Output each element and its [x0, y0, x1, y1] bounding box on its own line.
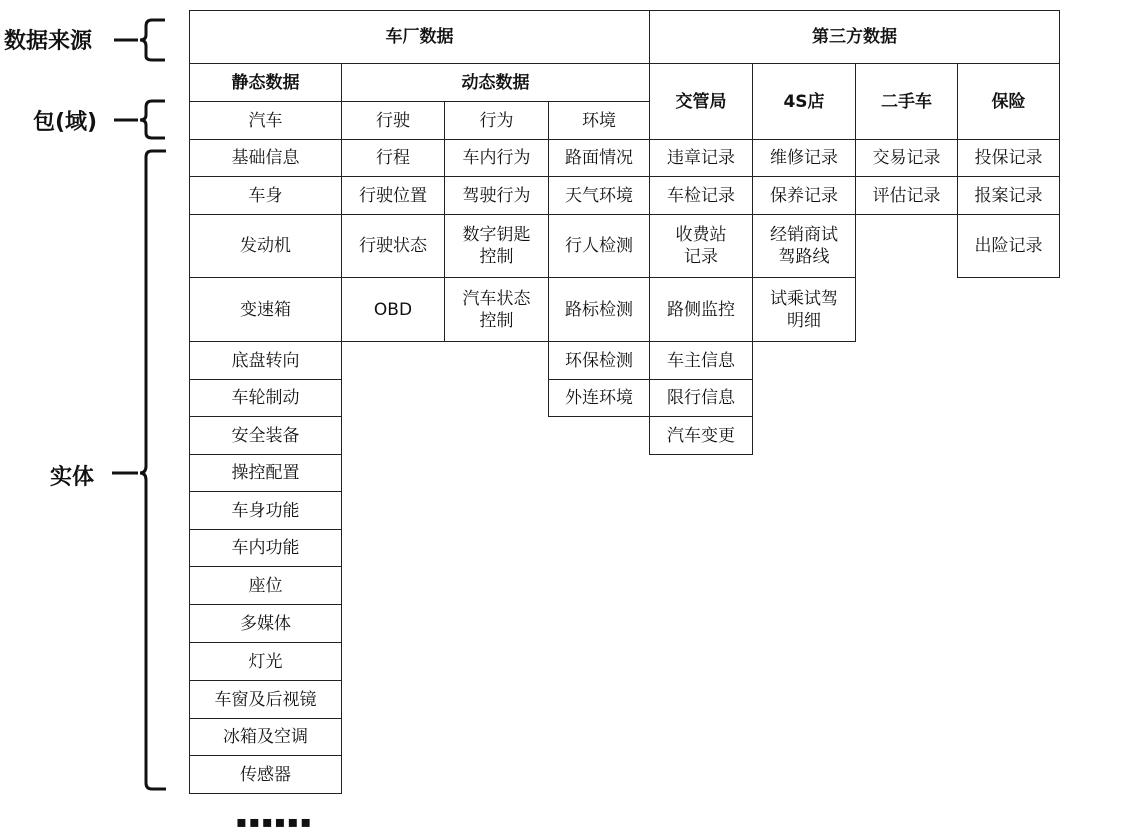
entity-cell: 车检记录: [649, 176, 753, 215]
entity-cell: 发动机: [189, 214, 342, 278]
entity-cell: 试乘试驾 明细: [752, 277, 856, 342]
entity-cell: 行驶状态: [341, 214, 445, 278]
entity-cell: 驾驶行为: [444, 176, 549, 215]
entity-cell: 座位: [189, 566, 342, 605]
entity-cell: 基础信息: [189, 139, 342, 177]
entity-cell: 多媒体: [189, 604, 342, 643]
entity-cell: 交易记录: [855, 139, 958, 177]
entity-cell: 保养记录: [752, 176, 856, 215]
entity-cell: 数字钥匙 控制: [444, 214, 549, 278]
entity-cell: 收费站 记录: [649, 214, 753, 278]
entity-cell: 车窗及后视镜: [189, 680, 342, 719]
entity-cell: 传感器: [189, 755, 342, 794]
header-behavior: 行为: [444, 101, 549, 140]
header-third-party-data: 第三方数据: [649, 10, 1060, 64]
entity-cell: 投保记录: [957, 139, 1060, 177]
entity-cell: 汽车变更: [649, 416, 753, 455]
entity-cell: 安全装备: [189, 416, 342, 455]
entity-cell: 报案记录: [957, 176, 1060, 215]
entity-cell: 评估记录: [855, 176, 958, 215]
entity-cell: 汽车状态 控制: [444, 277, 549, 342]
header-static-data: 静态数据: [189, 63, 342, 102]
header-oem-data: 车厂数据: [189, 10, 650, 64]
header-insurance: 保险: [957, 63, 1060, 140]
entity-cell: OBD: [341, 277, 445, 342]
brace-source-icon: [114, 20, 165, 60]
entity-cell: 路面情况: [548, 139, 650, 177]
entity-cell: 维修记录: [752, 139, 856, 177]
entity-cell: 车内功能: [189, 529, 342, 567]
entity-cell: 经销商试 驾路线: [752, 214, 856, 278]
entity-cell: 车身功能: [189, 491, 342, 530]
entity-cell: 灯光: [189, 642, 342, 681]
entity-cell: 路标检测: [548, 277, 650, 342]
entity-cell: 行驶位置: [341, 176, 445, 215]
entity-cell: 操控配置: [189, 454, 342, 492]
entity-cell: 行程: [341, 139, 445, 177]
entity-cell: 车内行为: [444, 139, 549, 177]
brace-entity-icon: [112, 151, 166, 789]
entity-cell: 冰箱及空调: [189, 718, 342, 756]
entity-cell: 车身: [189, 176, 342, 215]
header-used-car: 二手车: [855, 63, 958, 140]
entity-cell: 变速箱: [189, 277, 342, 342]
more-ellipsis: ▪▪▪▪▪▪: [236, 812, 313, 831]
entity-cell: 底盘转向: [189, 341, 342, 380]
header-traffic-bureau: 交管局: [649, 63, 753, 140]
header-4s-dealer: 4S店: [752, 63, 856, 140]
header-car: 汽车: [189, 101, 342, 140]
entity-cell: 路侧监控: [649, 277, 753, 342]
header-dynamic-data: 动态数据: [341, 63, 650, 102]
header-environment: 环境: [548, 101, 650, 140]
entity-cell: 违章记录: [649, 139, 753, 177]
entity-cell: 车主信息: [649, 341, 753, 380]
entity-cell: 天气环境: [548, 176, 650, 215]
entity-cell: 限行信息: [649, 379, 753, 417]
entity-cell: 外连环境: [548, 379, 650, 417]
brace-icons: [0, 0, 190, 833]
entity-cell: 环保检测: [548, 341, 650, 380]
entity-cell: 出险记录: [957, 214, 1060, 278]
brace-package-icon: [114, 101, 165, 138]
header-driving: 行驶: [341, 101, 445, 140]
entity-cell: 车轮制动: [189, 379, 342, 417]
entity-cell: 行人检测: [548, 214, 650, 278]
